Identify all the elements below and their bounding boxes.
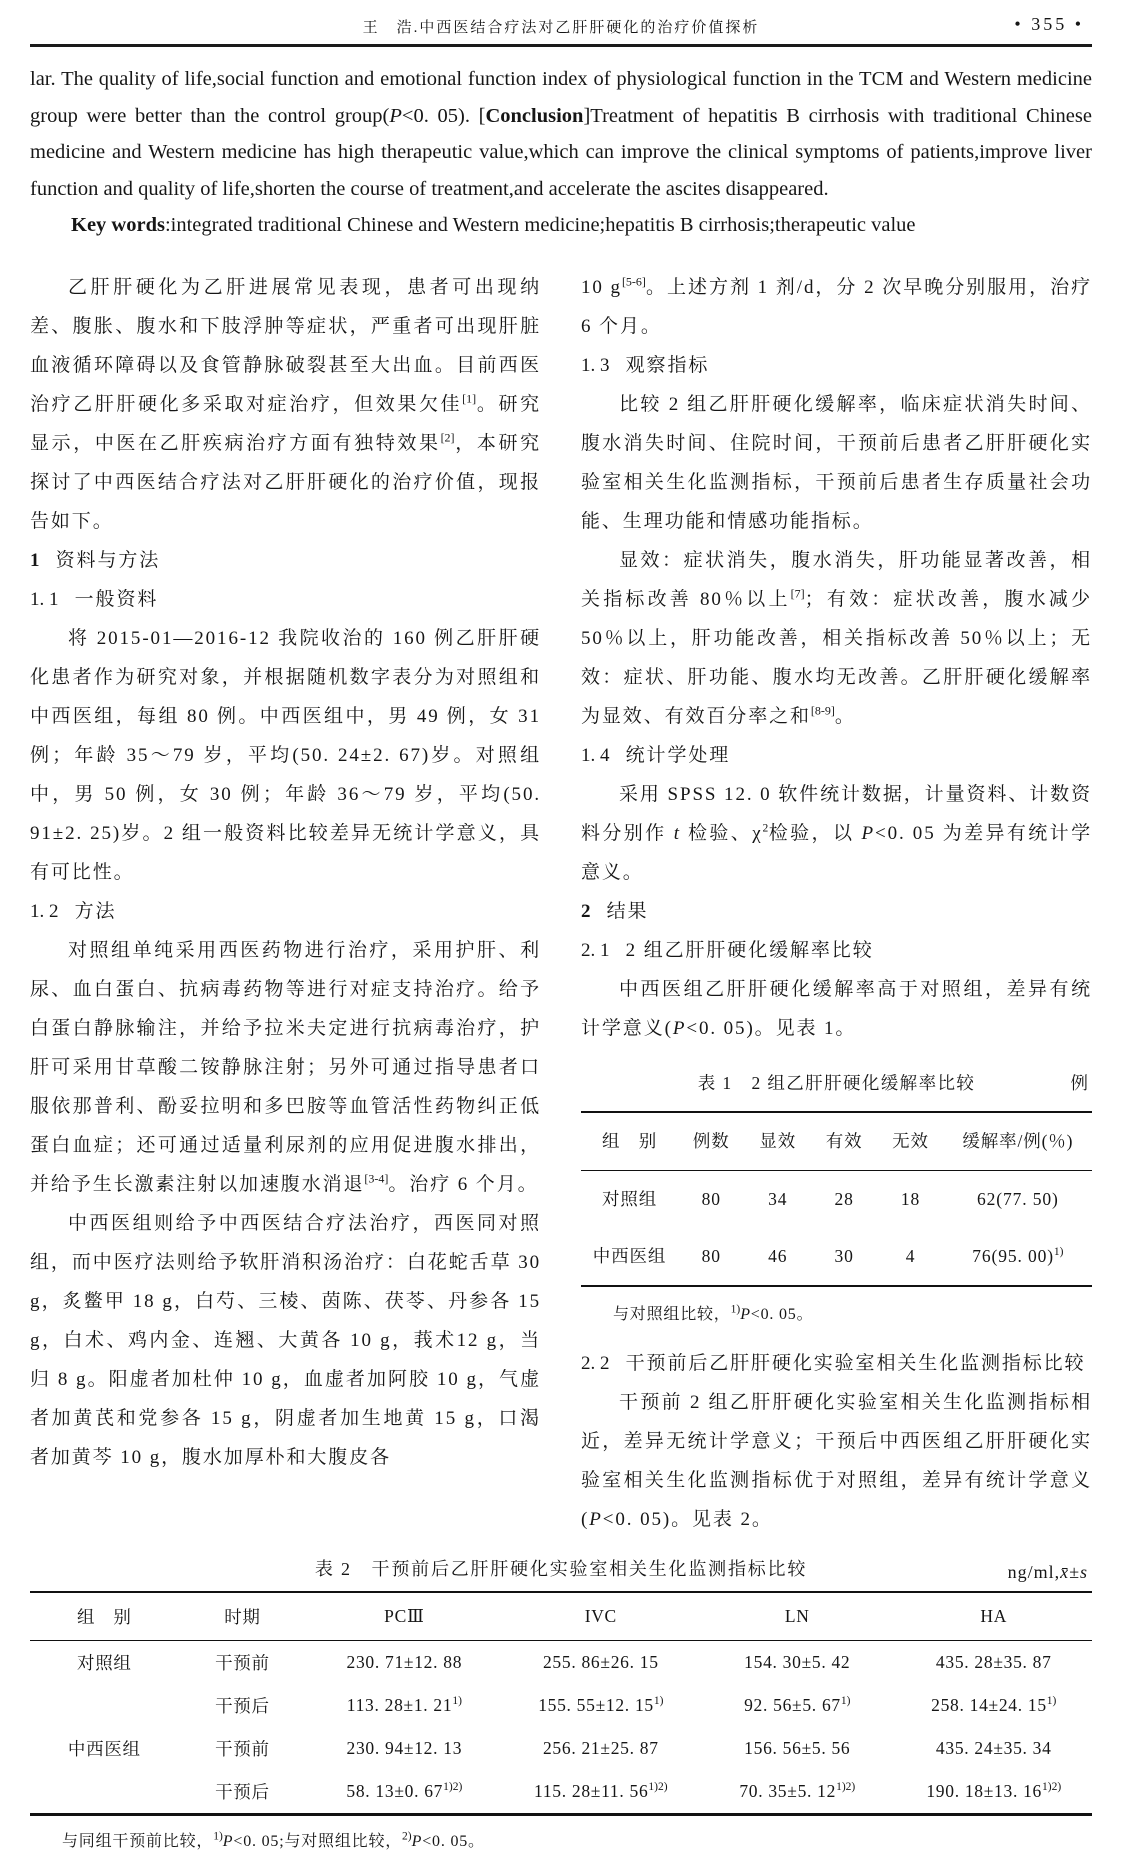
- conclusion-label: Conclusion: [485, 105, 583, 127]
- paragraph-general-data: 将 2015-01—2016-12 我院收治的 160 例乙肝肝硬化患者作为研究…: [30, 619, 541, 892]
- table-cell: 4: [877, 1228, 943, 1286]
- abstract-text: <0. 05). [: [402, 105, 486, 127]
- cell-value: 70. 35±5. 12: [739, 1781, 836, 1801]
- subsection-heading-2-1: 2. 12 组乙肝肝硬化缓解率比较: [581, 931, 1092, 970]
- p-symbol: P: [673, 1018, 687, 1039]
- reference-marker: [5-6]: [622, 274, 646, 288]
- cell-value: 113. 28±1. 21: [347, 1695, 453, 1715]
- table2-header-cell: IVC: [503, 1592, 699, 1641]
- p-symbol: P: [389, 105, 402, 127]
- journal-page: 王 浩.中西医结合疗法对乙肝肝硬化的治疗价值探析 • 355 • lar. Th…: [0, 0, 1122, 1859]
- t-symbol: t: [674, 823, 681, 844]
- table2-header-row: 组 别 时期 PCⅢ IVC LN HA: [30, 1592, 1092, 1641]
- cell-value: 190. 18±13. 16: [926, 1781, 1042, 1801]
- table2-row-tcm-post: 干预后 58. 13±0. 671)2) 115. 28±11. 561)2) …: [30, 1770, 1092, 1815]
- table-cell: 70. 35±5. 121)2): [699, 1770, 895, 1815]
- body-text: <0. 05)。见表 2。: [603, 1509, 773, 1530]
- significance-marker: 1): [731, 1303, 741, 1315]
- subsection-title: 2 组乙肝肝硬化缓解率比较: [626, 940, 874, 961]
- body-text: <0. 05)。见表 1。: [686, 1018, 856, 1039]
- table-cell: 中西医组: [581, 1228, 678, 1286]
- significance-marker: 1)2): [1042, 1781, 1061, 1793]
- running-title: 王 浩.中西医结合疗法对乙肝肝硬化的治疗价值探析: [30, 16, 1092, 37]
- cell-value: 435. 24±35. 34: [936, 1738, 1052, 1758]
- subsection-number: 1. 2: [30, 901, 59, 922]
- table-cell: 115. 28±11. 561)2): [503, 1770, 699, 1815]
- p-symbol: P: [740, 1306, 751, 1323]
- significance-marker: 1): [1054, 1246, 1064, 1258]
- page-number: • 355 •: [1014, 14, 1084, 35]
- subsection-heading-1-2: 1. 2方法: [30, 892, 541, 931]
- body-text: 检验、χ: [681, 823, 763, 844]
- paragraph-introduction: 乙肝肝硬化为乙肝进展常见表现，患者可出现纳差、腹胀、腹水和下肢浮肿等症状，严重者…: [30, 268, 541, 541]
- reference-marker: [7]: [791, 586, 805, 600]
- section-heading-2: 2结果: [581, 892, 1092, 931]
- mean-sd-symbol: x̄±s: [1060, 1562, 1088, 1582]
- subsection-title: 方法: [75, 901, 117, 922]
- content-columns: 乙肝肝硬化为乙肝进展常见表现，患者可出现纳差、腹胀、腹水和下肢浮肿等症状，严重者…: [30, 268, 1092, 1539]
- significance-marker: 1): [654, 1695, 664, 1707]
- paragraph-control-treatment: 对照组单纯采用西医药物进行治疗，采用护肝、利尿、血白蛋白、抗病毒药物等进行对症支…: [30, 931, 541, 1204]
- p-symbol: P: [223, 1833, 234, 1850]
- subsection-title: 观察指标: [626, 355, 710, 376]
- body-text: 。: [835, 706, 856, 727]
- table1-caption: 表 1 2 组乙肝肝硬化缓解率比较: [698, 1073, 976, 1093]
- table2-row-tcm-pre: 中西医组 干预前 230. 94±12. 13 256. 21±25. 87 1…: [30, 1727, 1092, 1770]
- table1-header-cell: 组 别: [581, 1112, 678, 1171]
- footnote-text: <0. 05;与对照组比较，: [233, 1833, 402, 1850]
- table2: 组 别 时期 PCⅢ IVC LN HA 对照组 干预前 230. 71±12.…: [30, 1591, 1092, 1816]
- table1: 组 别 例数 显效 有效 无效 缓解率/例(％) 对照组 80 34: [581, 1111, 1092, 1287]
- footnote-text: 与对照组比较，: [613, 1306, 731, 1323]
- reference-marker: [8-9]: [811, 703, 835, 717]
- table2-header-cell: PCⅢ: [306, 1592, 502, 1641]
- cell-value: 435. 28±35. 87: [936, 1652, 1052, 1672]
- table-cell: 58. 13±0. 671)2): [306, 1770, 502, 1815]
- table2-row-control-pre: 对照组 干预前 230. 71±12. 88 255. 86±26. 15 15…: [30, 1640, 1092, 1684]
- table-cell: 156. 56±5. 56: [699, 1727, 895, 1770]
- table-cell: 256. 21±25. 87: [503, 1727, 699, 1770]
- reference-marker: [1]: [462, 391, 476, 405]
- table1-header-cell: 缓解率/例(％): [944, 1112, 1092, 1171]
- body-text: 对照组单纯采用西医药物进行治疗，采用护肝、利尿、血白蛋白、抗病毒药物等进行对症支…: [30, 940, 541, 1195]
- cell-value: 230. 71±12. 88: [347, 1652, 463, 1672]
- cell-value: 155. 55±12. 15: [538, 1695, 654, 1715]
- table2-caption: 表 2 干预前后乙肝肝硬化实验室相关生化监测指标比较: [315, 1559, 807, 1579]
- cell-value: 154. 30±5. 42: [744, 1652, 850, 1672]
- table1-header-cell: 无效: [877, 1112, 943, 1171]
- significance-marker: 1): [1047, 1695, 1057, 1707]
- table2-caption-row: 表 2 干预前后乙肝肝硬化实验室相关生化监测指标比较 ng/ml,x̄±s: [30, 1551, 1092, 1591]
- section-number: 1: [30, 550, 40, 571]
- significance-marker: 1)2): [836, 1781, 855, 1793]
- p-symbol: P: [861, 823, 875, 844]
- table-cell: 190. 18±13. 161)2): [896, 1770, 1092, 1815]
- table1-header-cell: 例数: [678, 1112, 744, 1171]
- table-cell: 230. 71±12. 88: [306, 1640, 502, 1684]
- cell-value: 258. 14±24. 15: [931, 1695, 1047, 1715]
- table-cell: 113. 28±1. 211): [306, 1684, 502, 1727]
- table1-row-control: 对照组 80 34 28 18 62(77. 50): [581, 1170, 1092, 1228]
- table-cell: 对照组: [30, 1640, 179, 1684]
- table-cell: 62(77. 50): [944, 1170, 1092, 1228]
- subsection-heading-1-1: 1. 1一般资料: [30, 580, 541, 619]
- subsection-number: 1. 3: [581, 355, 610, 376]
- reference-marker: [2]: [441, 430, 455, 444]
- table-cell: [30, 1684, 179, 1727]
- table-cell: 对照组: [581, 1170, 678, 1228]
- paragraph-remission-result: 中西医组乙肝肝硬化缓解率高于对照组，差异有统计学意义(P<0. 05)。见表 1…: [581, 970, 1092, 1048]
- table1-unit: 例: [1071, 1064, 1089, 1103]
- abstract-paragraph: lar. The quality of life,social function…: [30, 61, 1092, 207]
- table-cell: 干预前: [179, 1727, 306, 1770]
- body-text: 检验，以: [768, 823, 861, 844]
- significance-marker: 2): [402, 1830, 412, 1842]
- table-cell: 76(95. 00)1): [944, 1228, 1092, 1286]
- table-cell: 154. 30±5. 42: [699, 1640, 895, 1684]
- cell-value: 92. 56±5. 67: [744, 1695, 841, 1715]
- unit-text: ng/ml,: [1008, 1562, 1061, 1582]
- table-cell: 255. 86±26. 15: [503, 1640, 699, 1684]
- subsection-heading-1-3: 1. 3观察指标: [581, 346, 1092, 385]
- table2-header-cell: 时期: [179, 1592, 306, 1641]
- body-text: 。上述方剂 1 剂/d，分 2 次早晚分别服用，治疗 6 个月。: [581, 277, 1092, 337]
- table2-footnote: 与同组干预前比较，1)P<0. 05;与对照组比较，2)P<0. 05。: [30, 1828, 1092, 1851]
- footnote-text: <0. 05。: [751, 1306, 814, 1323]
- table-cell: 258. 14±24. 151): [896, 1684, 1092, 1727]
- cell-value: 58. 13±0. 67: [346, 1781, 443, 1801]
- table-cell: 155. 55±12. 151): [503, 1684, 699, 1727]
- subsection-title: 一般资料: [75, 589, 159, 610]
- cell-value: 115. 28±11. 56: [534, 1781, 648, 1801]
- table1-block: 表 1 2 组乙肝肝硬化缓解率比较 例 组 别 例数 显效 有效 无效 缓解率/…: [581, 1062, 1092, 1334]
- table-cell: 干预前: [179, 1640, 306, 1684]
- table-cell: 干预后: [179, 1770, 306, 1815]
- keywords-text: integrated traditional Chinese and Weste…: [171, 214, 916, 236]
- keywords-label: Key words: [71, 214, 165, 236]
- paragraph-tcm-treatment: 中西医组则给予中西医结合疗法治疗，西医同对照组，而中医疗法则给予软肝消积汤治疗：…: [30, 1204, 541, 1477]
- cell-value: 255. 86±26. 15: [543, 1652, 659, 1672]
- footnote-text: 与同组干预前比较，: [62, 1833, 213, 1850]
- keywords-paragraph: Key words:integrated traditional Chinese…: [30, 207, 1092, 244]
- table-cell: 80: [678, 1228, 744, 1286]
- cell-value: 256. 21±25. 87: [543, 1738, 659, 1758]
- table-cell: [30, 1770, 179, 1815]
- table2-row-control-post: 干预后 113. 28±1. 211) 155. 55±12. 151) 92.…: [30, 1684, 1092, 1727]
- table-cell: 18: [877, 1170, 943, 1228]
- page-header: 王 浩.中西医结合疗法对乙肝肝硬化的治疗价值探析 • 355 •: [30, 10, 1092, 40]
- table2-unit: ng/ml,x̄±s: [1008, 1562, 1088, 1583]
- left-column: 乙肝肝硬化为乙肝进展常见表现，患者可出现纳差、腹胀、腹水和下肢浮肿等症状，严重者…: [30, 268, 541, 1539]
- paragraph-observation-index: 比较 2 组乙肝肝硬化缓解率，临床症状消失时间、腹水消失时间、住院时间，干预前后…: [581, 385, 1092, 541]
- table1-footnote: 与对照组比较，1)P<0. 05。: [581, 1295, 1092, 1334]
- table-cell: 435. 28±35. 87: [896, 1640, 1092, 1684]
- table-cell: 干预后: [179, 1684, 306, 1727]
- paragraph-lab-result: 干预前 2 组乙肝肝硬化实验室相关生化监测指标相近，差异无统计学意义；干预后中西…: [581, 1383, 1092, 1539]
- cell-value: 230. 94±12. 13: [347, 1738, 463, 1758]
- significance-marker: 1)2): [443, 1781, 462, 1793]
- significance-marker: 1)2): [648, 1781, 667, 1793]
- right-column: 10 g[5-6]。上述方剂 1 剂/d，分 2 次早晚分别服用，治疗 6 个月…: [581, 268, 1092, 1539]
- significance-marker: 1): [452, 1695, 462, 1707]
- subsection-number: 2. 2: [581, 1353, 610, 1374]
- significance-marker: 1): [841, 1695, 851, 1707]
- table1-header-row: 组 别 例数 显效 有效 无效 缓解率/例(％): [581, 1112, 1092, 1171]
- body-text: 10 g: [581, 277, 622, 298]
- subsection-number: 2. 1: [581, 940, 610, 961]
- section-title: 资料与方法: [56, 550, 161, 571]
- p-symbol: P: [589, 1509, 603, 1530]
- paragraph-efficacy-criteria: 显效：症状消失，腹水消失，肝功能显著改善，相关指标改善 80％以上[7]；有效：…: [581, 541, 1092, 736]
- table1-row-tcm: 中西医组 80 46 30 4 76(95. 00)1): [581, 1228, 1092, 1286]
- footnote-text: <0. 05。: [422, 1833, 485, 1850]
- table-cell: 中西医组: [30, 1727, 179, 1770]
- paragraph-statistics: 采用 SPSS 12. 0 软件统计数据，计量资料、计数资料分别作 t 检验、χ…: [581, 775, 1092, 892]
- table1-header-cell: 有效: [811, 1112, 877, 1171]
- subsection-heading-2-2: 2. 2干预前后乙肝肝硬化实验室相关生化监测指标比较: [581, 1344, 1092, 1383]
- abstract-section: lar. The quality of life,social function…: [30, 61, 1092, 244]
- subsection-number: 1. 1: [30, 589, 59, 610]
- subsection-title: 干预前后乙肝肝硬化实验室相关生化监测指标比较: [626, 1353, 1086, 1374]
- paragraph-tcm-continued: 10 g[5-6]。上述方剂 1 剂/d，分 2 次早晚分别服用，治疗 6 个月…: [581, 268, 1092, 346]
- table-cell: 30: [811, 1228, 877, 1286]
- section-heading-1: 1资料与方法: [30, 541, 541, 580]
- table2-header-cell: 组 别: [30, 1592, 179, 1641]
- table-cell: 230. 94±12. 13: [306, 1727, 502, 1770]
- cell-value: 76(95. 00): [972, 1246, 1054, 1266]
- cell-value: 62(77. 50): [977, 1189, 1059, 1209]
- table2-header-cell: HA: [896, 1592, 1092, 1641]
- subsection-number: 1. 4: [581, 745, 610, 766]
- section-number: 2: [581, 901, 591, 922]
- table2-block: 表 2 干预前后乙肝肝硬化实验室相关生化监测指标比较 ng/ml,x̄±s 组 …: [30, 1551, 1092, 1851]
- section-title: 结果: [607, 901, 649, 922]
- cell-value: 156. 56±5. 56: [744, 1738, 850, 1758]
- table-cell: 34: [745, 1170, 811, 1228]
- subsection-title: 统计学处理: [626, 745, 731, 766]
- body-text: 。治疗 6 个月。: [388, 1174, 538, 1195]
- table1-header-cell: 显效: [745, 1112, 811, 1171]
- table1-caption-row: 表 1 2 组乙肝肝硬化缓解率比较 例: [581, 1062, 1092, 1111]
- table-cell: 92. 56±5. 671): [699, 1684, 895, 1727]
- subsection-heading-1-4: 1. 4统计学处理: [581, 736, 1092, 775]
- p-symbol: P: [412, 1833, 423, 1850]
- table-cell: 46: [745, 1228, 811, 1286]
- table-cell: 28: [811, 1170, 877, 1228]
- table-cell: 80: [678, 1170, 744, 1228]
- table2-header-cell: LN: [699, 1592, 895, 1641]
- significance-marker: 1): [213, 1830, 223, 1842]
- table-cell: 435. 24±35. 34: [896, 1727, 1092, 1770]
- reference-marker: [3-4]: [364, 1171, 388, 1185]
- header-rule: [30, 44, 1092, 47]
